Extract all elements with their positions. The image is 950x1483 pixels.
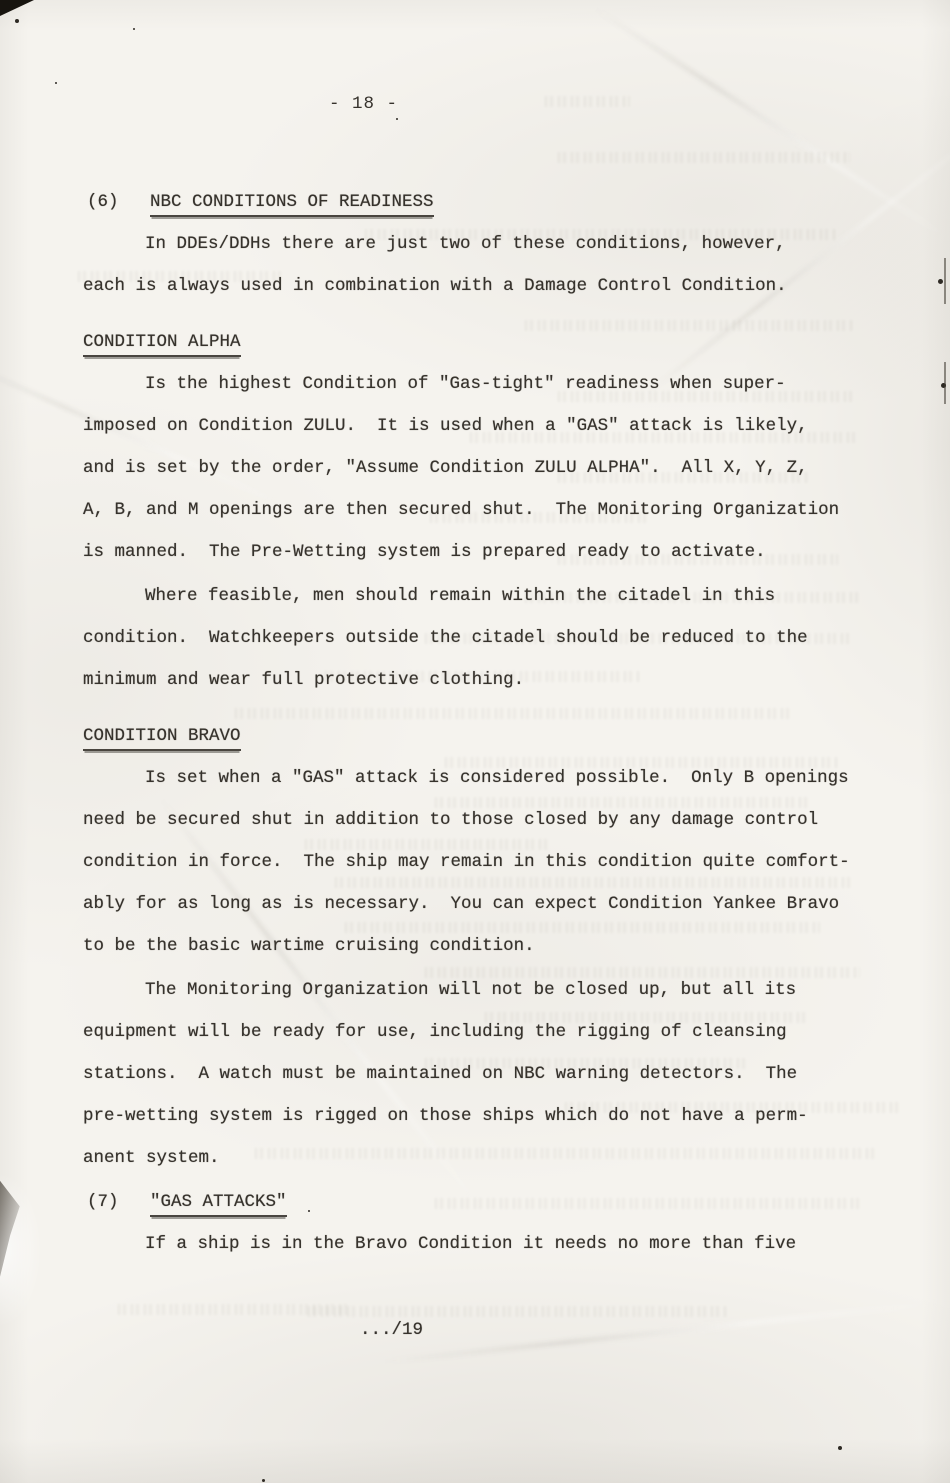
text-line: Where feasible, men should remain within… bbox=[83, 584, 893, 626]
text-line: minimum and wear full protective clothin… bbox=[83, 668, 893, 710]
text-line: A, B, and M openings are then secured sh… bbox=[83, 498, 893, 540]
bleedthrough-smudge bbox=[118, 1304, 350, 1315]
scan-speck bbox=[838, 1446, 842, 1450]
bleedthrough-smudge bbox=[558, 152, 850, 163]
bleedthrough-smudge bbox=[545, 96, 630, 107]
scan-hairline-mark bbox=[944, 258, 946, 304]
section-heading: NBC CONDITIONS OF READINESS bbox=[150, 190, 434, 217]
section-heading-row: CONDITION ALPHA bbox=[83, 330, 893, 372]
text-line: anent system. bbox=[83, 1146, 893, 1188]
bleedthrough-smudge bbox=[308, 1306, 726, 1317]
text-line: The Monitoring Organization will not be … bbox=[83, 978, 893, 1020]
text-line: ably for as long as is necessary. You ca… bbox=[83, 892, 893, 934]
scanned-document-page: - 18 - (6)NBC CONDITIONS OF READINESSIn … bbox=[0, 0, 950, 1483]
text-line: condition. Watchkeepers outside the cita… bbox=[83, 626, 893, 668]
text-line: condition in force. The ship may remain … bbox=[83, 850, 893, 892]
text-line: Is the highest Condition of "Gas-tight" … bbox=[83, 372, 893, 414]
text-line: stations. A watch must be maintained on … bbox=[83, 1062, 893, 1104]
section-heading-row: (6)NBC CONDITIONS OF READINESS bbox=[83, 190, 893, 232]
document-body: (6)NBC CONDITIONS OF READINESSIn DDEs/DD… bbox=[83, 190, 893, 1274]
scan-speck bbox=[396, 118, 398, 120]
text-line: is manned. The Pre-Wetting system is pre… bbox=[83, 540, 893, 582]
page-continuation-marker: .../19 bbox=[360, 1320, 423, 1340]
section-heading: "GAS ATTACKS" bbox=[150, 1190, 287, 1217]
text-line: In DDEs/DDHs there are just two of these… bbox=[83, 232, 893, 274]
text-line: to be the basic wartime cruising conditi… bbox=[83, 934, 893, 976]
scan-corner-artifact bbox=[0, 0, 34, 16]
text-line: equipment will be ready for use, includi… bbox=[83, 1020, 893, 1062]
scan-speck bbox=[15, 19, 19, 23]
text-line: need be secured shut in addition to thos… bbox=[83, 808, 893, 850]
section-heading-row: (7)"GAS ATTACKS" bbox=[83, 1190, 893, 1232]
scan-speck bbox=[133, 28, 135, 30]
text-line: and is set by the order, "Assume Conditi… bbox=[83, 456, 893, 498]
page-fold-highlight bbox=[0, 1140, 70, 1360]
page-number: - 18 - bbox=[329, 94, 398, 114]
section-number-label: (7) bbox=[87, 1190, 150, 1214]
text-line: Is set when a "GAS" attack is considered… bbox=[83, 766, 893, 808]
section-number-label: (6) bbox=[87, 190, 150, 214]
scan-hairline-mark bbox=[944, 362, 946, 404]
page-fold-artifact bbox=[0, 1152, 34, 1312]
scan-speck bbox=[55, 82, 57, 84]
text-line: pre-wetting system is rigged on those sh… bbox=[83, 1104, 893, 1146]
scan-speck bbox=[308, 1210, 310, 1212]
section-heading-row: CONDITION BRAVO bbox=[83, 724, 893, 766]
text-line: each is always used in combination with … bbox=[83, 274, 893, 316]
section-heading: CONDITION BRAVO bbox=[83, 724, 241, 751]
text-line: imposed on Condition ZULU. It is used wh… bbox=[83, 414, 893, 456]
scan-speck bbox=[262, 1479, 265, 1482]
paper-crease bbox=[381, 1301, 938, 1365]
text-line: If a ship is in the Bravo Condition it n… bbox=[83, 1232, 893, 1274]
scan-speck bbox=[938, 279, 943, 284]
section-heading: CONDITION ALPHA bbox=[83, 330, 241, 357]
